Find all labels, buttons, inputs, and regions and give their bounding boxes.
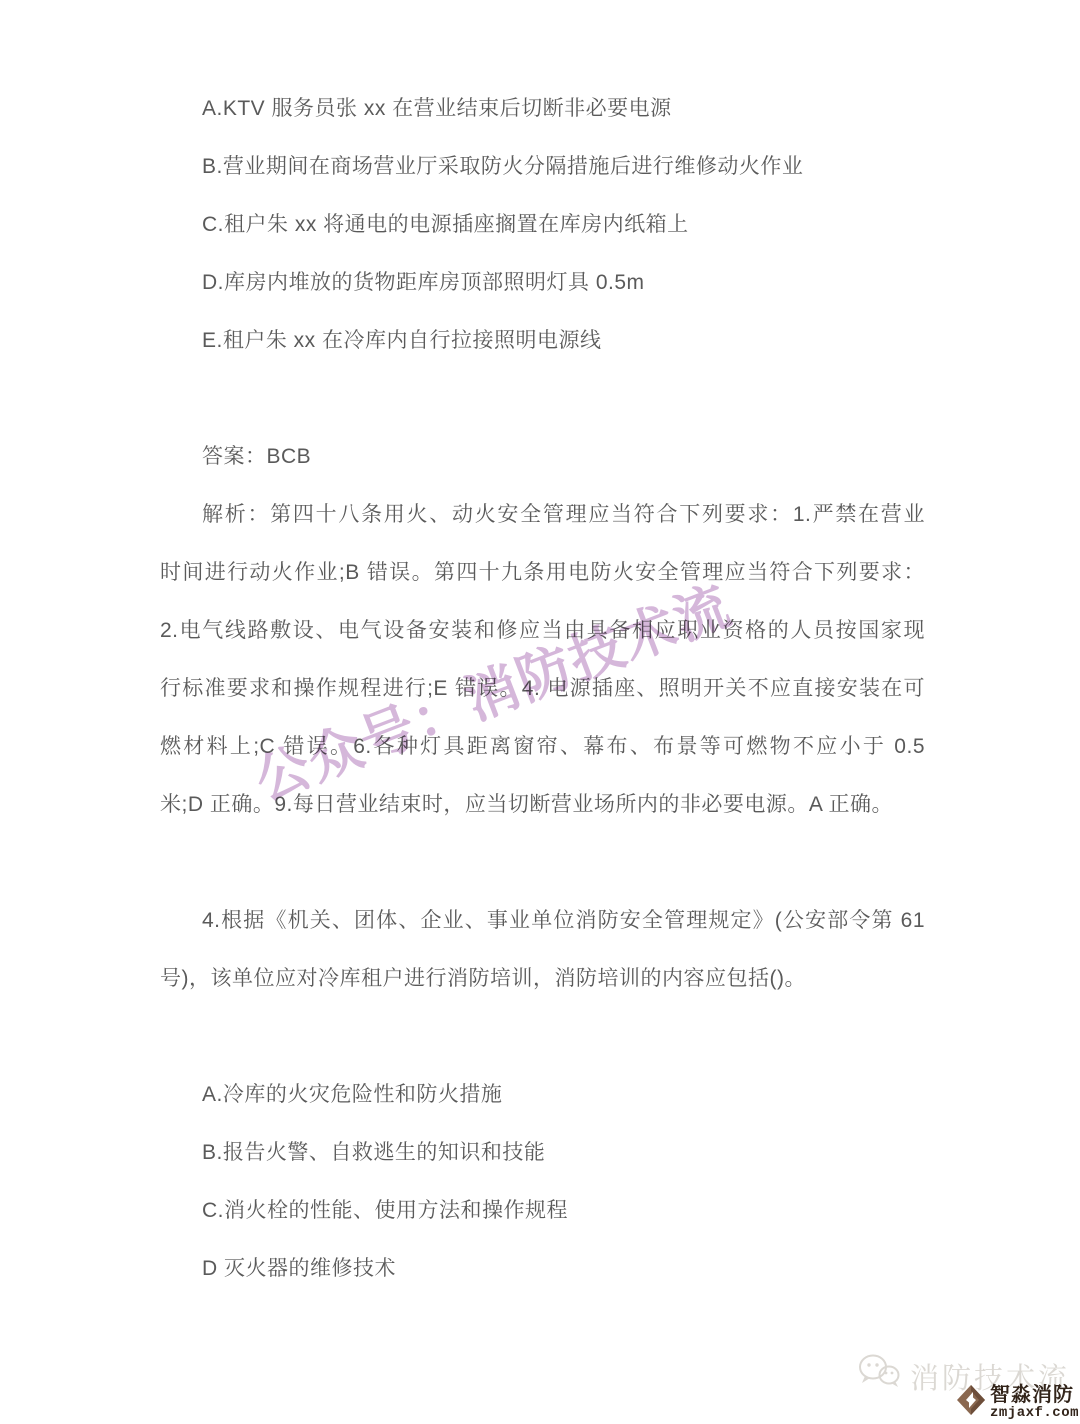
- q3-analysis-line: 2.电气线路敷设、电气设备安装和修应当由具备相应职业资格的人员按国家现: [160, 602, 925, 660]
- q3-analysis-line: 燃材料上;C 错误。6.各种灯具距离窗帘、幕布、布景等可燃物不应小于 0.5: [160, 718, 925, 776]
- q4-option-b: B.报告火警、自救逃生的知识和技能: [160, 1124, 925, 1182]
- q3-option-d: D.库房内堆放的货物距库房顶部照明灯具 0.5m: [160, 254, 925, 312]
- q3-analysis-line: 行标准要求和操作规程进行;E 错误。4. 电源插座、照明开关不应直接安装在可: [160, 660, 925, 718]
- q4-option-a: A.冷库的火灾危险性和防火措施: [160, 1066, 925, 1124]
- question-document: A.KTV 服务员张 xx 在营业结束后切断非必要电源 B.营业期间在商场营业厅…: [160, 0, 925, 1298]
- zhimiao-logo: 智淼消防 zmjaxf.com: [956, 1384, 1079, 1421]
- wechat-icon: [856, 1352, 902, 1400]
- q3-option-e: E.租户朱 xx 在冷库内自行拉接照明电源线: [160, 312, 925, 370]
- document-page: A.KTV 服务员张 xx 在营业结束后切断非必要电源 B.营业期间在商场营业厅…: [0, 0, 1080, 1424]
- q3-option-c: C.租户朱 xx 将通电的电源插座搁置在库房内纸箱上: [160, 196, 925, 254]
- q3-option-a: A.KTV 服务员张 xx 在营业结束后切断非必要电源: [160, 80, 925, 138]
- q3-analysis-line: 解析：第四十八条用火、动火安全管理应当符合下列要求：1.严禁在营业: [160, 486, 925, 544]
- q3-analysis-line: 时间进行动火作业;B 错误。第四十九条用电防火安全管理应当符合下列要求：: [160, 544, 925, 602]
- q3-option-b: B.营业期间在商场营业厅采取防火分隔措施后进行维修动火作业: [160, 138, 925, 196]
- q4-option-c: C.消火栓的性能、使用方法和操作规程: [160, 1182, 925, 1240]
- logo-domain: zmjaxf.com: [990, 1406, 1079, 1421]
- q3-answer: 答案：BCB: [160, 428, 925, 486]
- diamond-logo-icon: [956, 1384, 986, 1421]
- q4-stem-line: 号)，该单位应对冷库租户进行消防培训，消防培训的内容应包括()。: [160, 950, 925, 1008]
- logo-title: 智淼消防: [990, 1385, 1079, 1406]
- q4-option-d: D 灭火器的维修技术: [160, 1240, 925, 1298]
- q3-analysis-line: 米;D 正确。9.每日营业结束时，应当切断营业场所内的非必要电源。A 正确。: [160, 776, 925, 834]
- q4-stem-line: 4.根据《机关、团体、企业、事业单位消防安全管理规定》(公安部令第 61: [160, 892, 925, 950]
